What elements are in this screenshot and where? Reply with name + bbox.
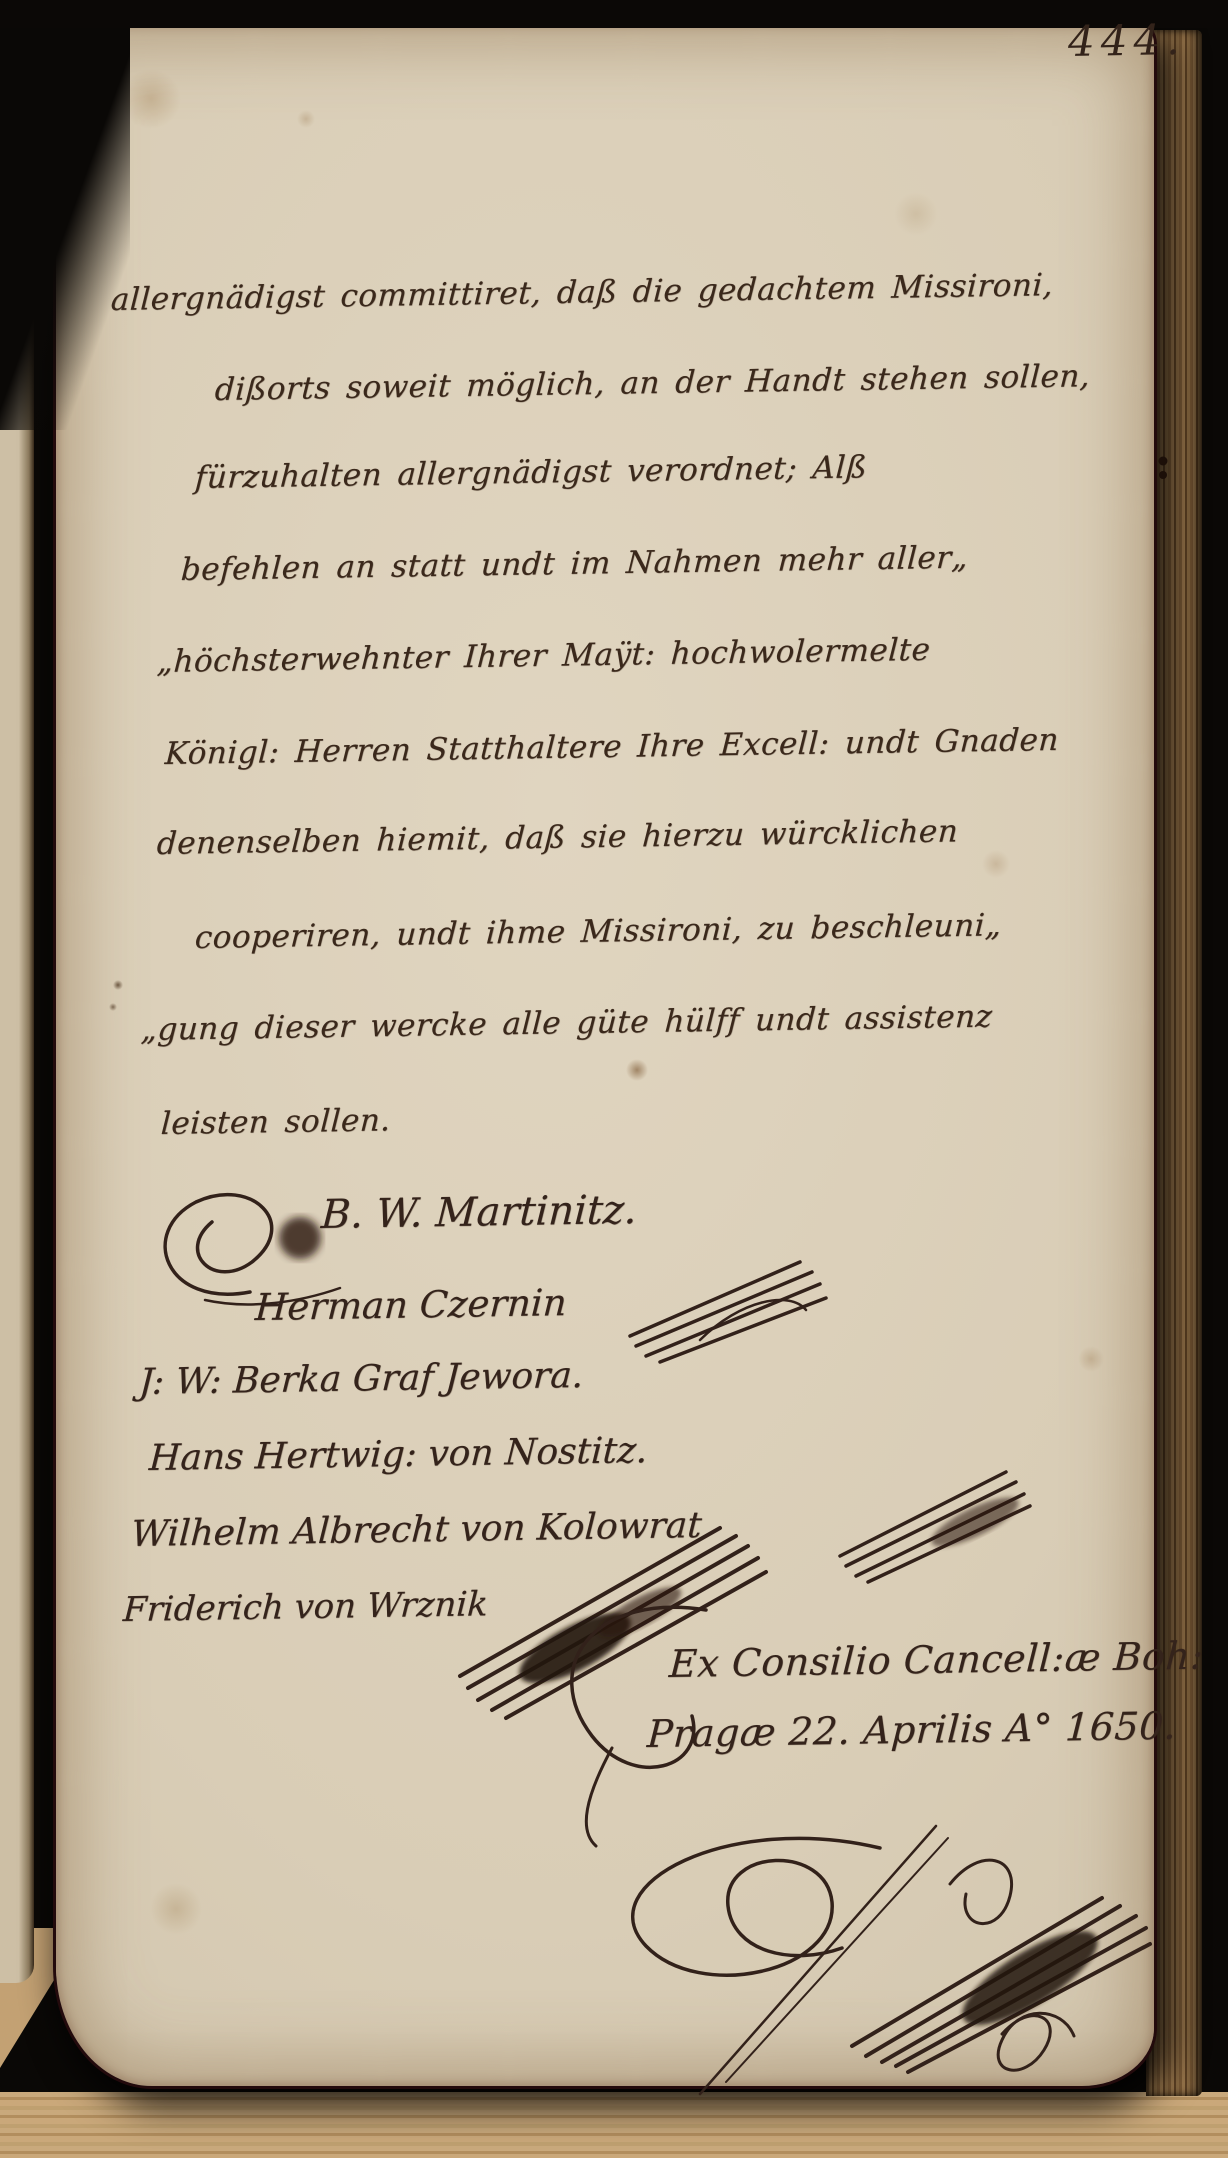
binding-gutter-shadow [0, 0, 130, 430]
table-surface [0, 2092, 1228, 2158]
dispatch-note-line2: Pragæ 22. Aprilis A° 1650. [646, 1704, 1178, 1756]
manuscript-line: denenselben hiemit, daß sie hierzu würck… [156, 813, 959, 862]
manuscript-line: leisten sollen. [160, 1102, 392, 1142]
manuscript-line: fürzuhalten allergnädigst verordnet; Alß [194, 449, 868, 496]
page-number: 444. [1068, 15, 1186, 66]
facing-page-sliver [0, 318, 34, 1983]
manuscript-line: cooperiren, undt ihme Missironi, zu besc… [194, 907, 1003, 956]
signature-czernin: Herman Czernin [254, 1281, 568, 1329]
signature-martinitz: B. W. Martinitz. [320, 1187, 638, 1238]
signature-nostitz: Hans Hertwig: von Nostitz. [148, 1430, 649, 1479]
photo-top-black-band [0, 0, 1228, 28]
manuscript-photo: allergnädigst committiret, daß die gedac… [0, 0, 1228, 2158]
book-fore-edge [1146, 30, 1202, 2096]
dispatch-note-line1: Ex Consilio Cancell:æ Boh: [668, 1634, 1205, 1686]
manuscript-line: „höchsterwehnter Ihrer Maÿt: hochwolerme… [156, 632, 931, 680]
signature-kolowrat: Wilhelm Albrecht von Kolowrat [130, 1505, 703, 1555]
manuscript-line: dißorts soweit möglich, an der Handt ste… [214, 358, 1091, 408]
signature-wrznik: Friderich von Wrznik [122, 1584, 489, 1630]
signature-berka: J: W: Berka Graf Jewora. [138, 1355, 584, 1403]
manuscript-line: Königl: Herren Statthaltere Ihre Excell:… [164, 722, 1060, 772]
manuscript-page: allergnädigst committiret, daß die gedac… [56, 24, 1154, 2086]
manuscript-line: „gung dieser wercke alle güte hülff undt… [140, 999, 993, 1048]
manuscript-line: allergnädigst committiret, daß die gedac… [110, 267, 1054, 318]
manuscript-line: befehlen an statt undt im Nahmen mehr al… [180, 540, 969, 588]
